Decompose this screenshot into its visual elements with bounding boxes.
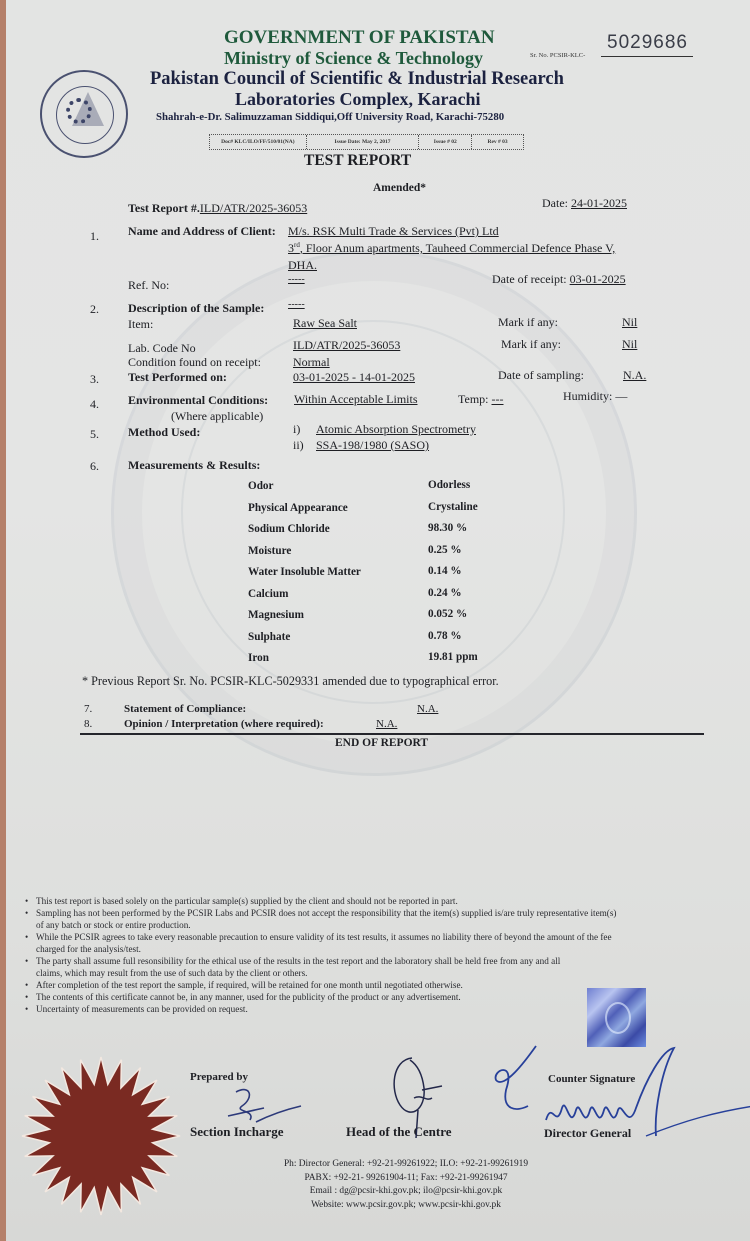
result-value: 19.81 ppm xyxy=(428,651,478,663)
report-date-value: 24-01-2025 xyxy=(571,196,627,210)
mark-2-value: Nil xyxy=(622,337,637,352)
client-address-2: DHA. xyxy=(288,258,317,273)
opinion-label: Opinion / Interpretation (where required… xyxy=(124,718,324,730)
result-value: 0.052 % xyxy=(428,608,467,620)
hologram-sticker xyxy=(587,988,646,1047)
humidity: Humidity: — xyxy=(563,389,627,404)
item-label: Item: xyxy=(128,317,153,332)
disclaimer-note: Sampling has not been performed by the P… xyxy=(24,907,744,919)
header-government: GOVERNMENT OF PAKISTAN xyxy=(224,27,495,49)
serial-label: Sr. No. PCSIR-KLC- xyxy=(530,52,585,59)
lab-code-label: Lab. Code No xyxy=(128,341,196,356)
result-value: 0.78 % xyxy=(428,630,462,642)
sampling-date-value: N.A. xyxy=(623,368,646,383)
temp: Temp: --- xyxy=(458,392,504,407)
disclaimer-note: The party shall assume full resonsibilit… xyxy=(24,955,744,967)
section-3-number: 3. xyxy=(90,372,99,387)
mark-1-value: Nil xyxy=(622,315,637,330)
serial-number: 5029686 xyxy=(607,32,688,54)
header-ministry: Ministry of Science & Technology xyxy=(224,48,483,69)
environment-label: Environmental Conditions: xyxy=(128,393,268,408)
result-parameter: Magnesium xyxy=(248,609,304,621)
red-seal-icon xyxy=(20,1055,182,1217)
result-value: 0.25 % xyxy=(428,544,462,556)
section-incharge-signature xyxy=(206,1080,316,1140)
item-value: Raw Sea Salt xyxy=(293,316,357,331)
method-2-name: SSA-198/1980 (SASO) xyxy=(316,438,429,453)
ref-label: Ref. No: xyxy=(128,278,169,293)
report-title: TEST REPORT xyxy=(304,152,411,170)
test-report-label: Test Report #. xyxy=(128,201,200,215)
doc-number: Doc# KLC/ILO/FF/510/01(NA) xyxy=(210,135,307,149)
receipt-label: Date of receipt: xyxy=(492,272,567,286)
divider-line xyxy=(80,733,704,735)
humidity-value: — xyxy=(615,389,627,403)
test-performed-value: 03-01-2025 - 14-01-2025 xyxy=(293,370,415,385)
disclaimer-note: While the PCSIR agrees to take every rea… xyxy=(24,931,744,943)
test-performed-label: Test Performed on: xyxy=(128,370,227,385)
disclaimer-note-continuation: charged for the analysis/test. xyxy=(24,943,744,955)
date-of-receipt: Date of receipt: 03-01-2025 xyxy=(492,272,626,287)
section-2-number: 2. xyxy=(90,302,99,317)
lab-code-value: ILD/ATR/2025-36053 xyxy=(293,338,400,353)
contact-pabx: PABX: +92-21- 99261904-11; Fax: +92-21-9… xyxy=(258,1172,554,1186)
disclaimer-note: This test report is based solely on the … xyxy=(24,895,744,907)
amend-note: * Previous Report Sr. No. PCSIR-KLC-5029… xyxy=(82,674,499,689)
issue-number: Issue # 02 xyxy=(419,135,472,149)
sample-description-value: ----- xyxy=(288,299,305,310)
end-of-report: END OF REPORT xyxy=(335,737,428,749)
method-1-index: i) xyxy=(293,422,300,437)
temp-label: Temp: xyxy=(458,392,489,406)
report-date: Date: 24-01-2025 xyxy=(542,196,627,211)
result-value: 0.14 % xyxy=(428,565,462,577)
contact-info: Ph: Director General: +92-21-99261922; I… xyxy=(258,1158,554,1212)
opinion-value: N.A. xyxy=(376,718,397,730)
condition-value: Normal xyxy=(293,355,330,370)
client-address: 3rd, Floor Anum apartments, Tauheed Comm… xyxy=(288,241,615,256)
results-label: Measurements & Results: xyxy=(128,458,260,473)
contact-phone: Ph: Director General: +92-21-99261922; I… xyxy=(258,1158,554,1172)
section-4-number: 4. xyxy=(90,397,99,412)
sampling-date-label: Date of sampling: xyxy=(498,368,584,383)
header-address: Shahrah-e-Dr. Salimuzzaman Siddiqui,Off … xyxy=(156,111,504,123)
doc-control-box: Doc# KLC/ILO/FF/510/01(NA) Issue Date: M… xyxy=(209,134,524,150)
result-parameter: Moisture xyxy=(248,545,291,557)
result-value: 98.30 % xyxy=(428,522,467,534)
receipt-value: 03-01-2025 xyxy=(570,272,626,286)
result-value: Crystaline xyxy=(428,501,478,513)
revision-number: Rev # 03 xyxy=(472,135,523,149)
client-label: Name and Address of Client: xyxy=(128,224,276,239)
mark-1-label: Mark if any: xyxy=(498,315,558,330)
result-parameter: Physical Appearance xyxy=(248,502,348,514)
result-parameter: Iron xyxy=(248,652,269,664)
result-parameter: Water Insoluble Matter xyxy=(248,566,361,578)
sample-description-label: Description of the Sample: xyxy=(128,301,264,316)
pcsir-seal-icon xyxy=(40,70,128,158)
section-6-number: 6. xyxy=(90,459,99,474)
section-8-number: 8. xyxy=(84,718,92,730)
result-parameter: Calcium xyxy=(248,588,288,600)
environment-value: Within Acceptable Limits xyxy=(294,392,418,407)
section-1-number: 1. xyxy=(90,229,99,244)
method-2-index: ii) xyxy=(293,438,304,453)
result-value: Odorless xyxy=(428,479,470,491)
method-1-name: Atomic Absorption Spectrometry xyxy=(316,422,476,437)
head-of-centre-signature xyxy=(382,1050,452,1140)
section-7-number: 7. xyxy=(84,703,92,715)
disclaimer-note-continuation: of any batch or stock or entire producti… xyxy=(24,919,744,931)
condition-label: Condition found on receipt: xyxy=(128,355,261,370)
issue-date: Issue Date: May 2, 2017 xyxy=(307,135,420,149)
mark-2-label: Mark if any: xyxy=(501,337,561,352)
result-parameter: Odor xyxy=(248,480,273,492)
disclaimer-note-continuation: claims, which may result from the use of… xyxy=(24,967,744,979)
serial-underline xyxy=(601,56,693,57)
header-council: Pakistan Council of Scientific & Industr… xyxy=(150,69,564,90)
report-paper: GOVERNMENT OF PAKISTAN Ministry of Scien… xyxy=(6,0,750,1241)
compliance-label: Statement of Compliance: xyxy=(124,703,246,715)
result-value: 0.24 % xyxy=(428,587,462,599)
environment-sub: (Where applicable) xyxy=(171,409,263,424)
director-general-signature xyxy=(486,1040,750,1150)
temp-value: --- xyxy=(492,392,504,406)
test-report-value: ILD/ATR/2025-36053 xyxy=(200,201,307,215)
header-laboratories: Laboratories Complex, Karachi xyxy=(235,89,480,110)
client-name: M/s. RSK Multi Trade & Services (Pvt) Lt… xyxy=(288,224,499,239)
humidity-label: Humidity: xyxy=(563,389,612,403)
contact-website: Website: www.pcsir.gov.pk; www.pcsir-khi… xyxy=(258,1199,554,1213)
ref-value: ----- xyxy=(288,274,305,285)
test-report-number: Test Report #.ILD/ATR/2025-36053 xyxy=(128,201,307,216)
result-parameter: Sodium Chloride xyxy=(248,523,330,535)
addr-line: , Floor Anum apartments, Tauheed Commerc… xyxy=(300,241,615,255)
amended-label: Amended* xyxy=(373,182,426,194)
compliance-value: N.A. xyxy=(417,703,438,715)
method-label: Method Used: xyxy=(128,425,200,440)
result-parameter: Sulphate xyxy=(248,631,290,643)
contact-email: Email : dg@pcsir-khi.gov.pk; ilo@pcsir-k… xyxy=(258,1185,554,1199)
report-date-label: Date: xyxy=(542,196,568,210)
section-5-number: 5. xyxy=(90,427,99,442)
